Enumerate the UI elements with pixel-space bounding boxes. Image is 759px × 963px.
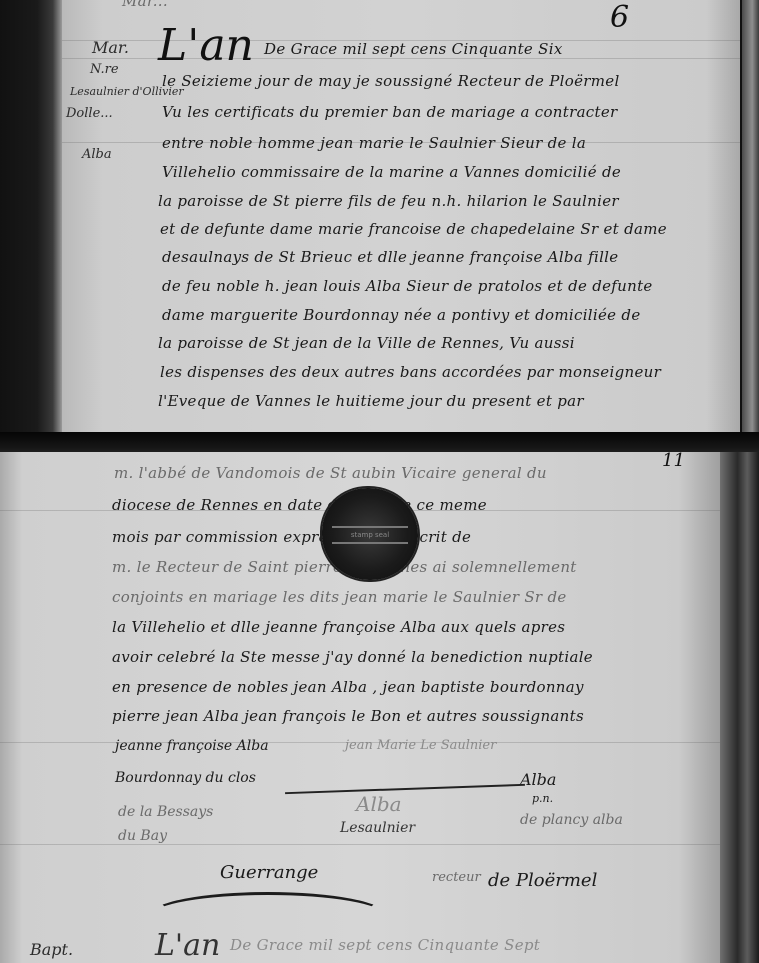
text-line: conjoints en mariage les dits jean marie… (112, 588, 567, 606)
header-fragment: Mar... (122, 0, 168, 10)
signature: Alba (356, 792, 402, 816)
text-line: dame marguerite Bourdonnay née a pontivy… (162, 306, 641, 324)
text-line: De Grace mil sept cens Cinquante Six (264, 40, 563, 58)
opening-word: L'an (158, 20, 254, 71)
signature: jean Marie Le Saulnier (345, 738, 496, 753)
text-line: entre noble homme jean marie le Saulnier… (162, 134, 586, 152)
margin-note-line: Mar. (92, 38, 129, 57)
signature: Bourdonnay du clos (115, 770, 256, 786)
binding-shadow-left (0, 0, 62, 440)
signature: Alba (520, 770, 556, 789)
margin-note-line: Dolle... (66, 106, 113, 121)
text-line: Vu les certificats du premier ban de mar… (162, 103, 617, 121)
text-line: Villehelio commissaire de la marine a Va… (162, 163, 621, 181)
text-line: le Seizieme jour de may je soussigné Rec… (162, 72, 620, 90)
signature: jeanne françoise Alba (115, 738, 269, 754)
signature: de plancy alba (520, 812, 623, 828)
text-line: les dispenses des deux autres bans accor… (160, 363, 661, 381)
text-line: avoir celebré la Ste messe j'ay donné la… (112, 648, 593, 666)
folio-number: 11 (662, 452, 685, 471)
opening-word: L'an (155, 928, 220, 963)
text-line: pierre jean Alba jean françois le Bon et… (112, 707, 584, 725)
official-seal-stamp: stamp seal (322, 488, 418, 580)
text-line: la paroisse de St pierre fils de feu n.h… (158, 192, 619, 210)
folio-number: 6 (610, 0, 629, 35)
text-line: l'Eveque de Vannes le huitieme jour du p… (158, 392, 584, 410)
text-line: De Grace mil sept cens Cinquante Sept (230, 936, 540, 954)
text-line: la Villehelio et dlle jeanne françoise A… (112, 618, 565, 636)
margin-note-line: N.re (90, 62, 119, 77)
signature: de la Bessays (118, 804, 213, 820)
signature: Guerrange (220, 862, 318, 883)
text-line: la paroisse de St jean de la Ville de Re… (158, 334, 575, 352)
signature: p.n. (532, 792, 553, 805)
page-edge-right (720, 452, 759, 963)
text-line: m. l'abbé de Vandomois de St aubin Vicai… (114, 464, 547, 482)
margin-note-line: Alba (82, 147, 112, 162)
margin-note-line: Bapt. (30, 940, 73, 959)
text-line: desaulnays de St Brieuc et dlle jeanne f… (162, 248, 618, 266)
text-line: en presence de nobles jean Alba , jean b… (112, 678, 584, 696)
text-line: de feu noble h. jean louis Alba Sieur de… (162, 277, 653, 295)
signature: de Ploërmel (488, 870, 597, 891)
seal-band: stamp seal (332, 526, 408, 544)
text-line: diocese de Rennes en date du neuf de ce … (112, 496, 487, 514)
signature: du Bay (118, 828, 167, 844)
page-edge-right (742, 0, 759, 432)
register-page-top: Mar... 6 Mar. N.re Lesaulnier d'Ollivier… (62, 0, 744, 432)
signature-underline (285, 784, 525, 794)
signature: Lesaulnier (340, 820, 415, 836)
text-line: et de defunte dame marie francoise de ch… (160, 220, 667, 238)
signature: recteur (432, 870, 481, 885)
